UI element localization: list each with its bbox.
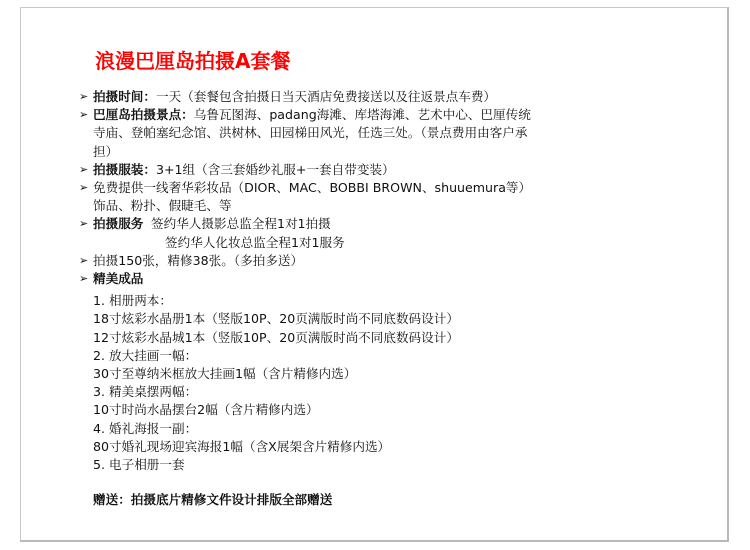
product-line: 30寸至尊纳米框放大挂画1幅（含片精修内选） <box>93 365 541 383</box>
arrow-bullet-icon: ➢ <box>79 88 88 106</box>
product-line: 3. 精美桌摆两幅： <box>93 383 541 401</box>
item-label: 巴厘岛拍摄景点： <box>93 107 194 122</box>
item-text: 拍摄150张，精修38张。（多拍多送） <box>93 253 303 268</box>
item-shoot-time: ➢ 拍摄时间：一天（套餐包含拍摄日当天酒店免费接送以及往返景点车费） <box>79 88 541 106</box>
service-line-1: 签约华人摄影总监全程1对1拍摄 <box>151 215 331 233</box>
item-text: 3+1组（含三套婚纱礼服+一套自带变装） <box>156 162 395 177</box>
item-products: ➢ 精美成品 <box>79 270 541 288</box>
item-text: 免费提供一线奢华彩妆品（DIOR、MAC、BOBBI BROWN、shuuemu… <box>93 180 531 213</box>
product-line: 80寸婚礼现场迎宾海报1幅（含X展架含片精修内选） <box>93 438 541 456</box>
service-line-2: 签约华人化妆总监全程1对1服务 <box>93 234 541 252</box>
product-line: 2. 放大挂画一幅： <box>93 347 541 365</box>
arrow-bullet-icon: ➢ <box>79 106 88 124</box>
product-line: 1. 相册两本： <box>93 292 541 310</box>
item-service: ➢ 拍摄服务 签约华人摄影总监全程1对1拍摄 签约华人化妆总监全程1对1服务 <box>79 215 541 251</box>
product-line: 10寸时尚水晶摆台2幅（含片精修内选） <box>93 401 541 419</box>
arrow-bullet-icon: ➢ <box>79 252 88 270</box>
arrow-bullet-icon: ➢ <box>79 179 88 197</box>
item-label: 精美成品 <box>93 271 143 286</box>
item-locations: ➢ 巴厘岛拍摄景点：乌鲁瓦图海、padang海滩、库塔海滩、艺术中心、巴厘传统寺… <box>79 106 541 161</box>
product-line: 12寸炫彩水晶城1本（竖版10P、20页满版时尚不同底数码设计） <box>93 329 541 347</box>
item-label: 拍摄服装： <box>93 162 156 177</box>
gift-note: 赠送：拍摄底片精修文件设计排版全部赠送 <box>93 491 541 509</box>
products-list: 1. 相册两本： 18寸炫彩水晶册1本（竖版10P、20页满版时尚不同底数码设计… <box>79 292 541 509</box>
product-line: 18寸炫彩水晶册1本（竖版10P、20页满版时尚不同底数码设计） <box>93 310 541 328</box>
item-shots: ➢ 拍摄150张，精修38张。（多拍多送） <box>79 252 541 270</box>
package-details: ➢ 拍摄时间：一天（套餐包含拍摄日当天酒店免费接送以及往返景点车费） ➢ 巴厘岛… <box>79 88 541 509</box>
product-line: 5. 电子相册一套 <box>93 456 541 474</box>
product-line: 4. 婚礼海报一副： <box>93 420 541 438</box>
arrow-bullet-icon: ➢ <box>79 161 88 179</box>
item-costumes: ➢ 拍摄服装：3+1组（含三套婚纱礼服+一套自带变装） <box>79 161 541 179</box>
package-title: 浪漫巴厘岛拍摄A套餐 <box>95 45 290 74</box>
item-label: 拍摄时间： <box>93 89 156 104</box>
service-label: 拍摄服务 <box>93 215 151 233</box>
item-text: 一天（套餐包含拍摄日当天酒店免费接送以及往返景点车费） <box>156 89 496 104</box>
arrow-bullet-icon: ➢ <box>79 215 88 233</box>
arrow-bullet-icon: ➢ <box>79 270 88 288</box>
item-makeup: ➢ 免费提供一线奢华彩妆品（DIOR、MAC、BOBBI BROWN、shuue… <box>79 179 541 215</box>
